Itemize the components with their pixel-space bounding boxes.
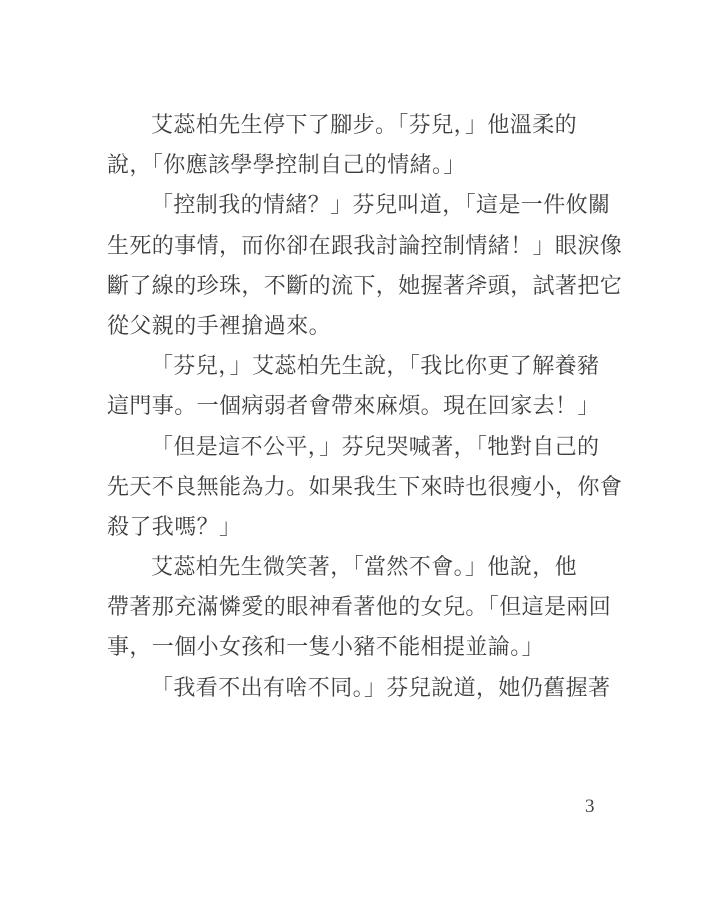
book-page: 艾蕊柏先生停下了腳步。「芬兒，」他溫柔的 說，「你應該學學控制自己的情緒。」 「… [0, 0, 728, 900]
text-line: 「芬兒，」艾蕊柏先生說，「我比你更了解養豬 [107, 347, 607, 387]
text-line: 「但是這不公平，」芬兒哭喊著，「牠對自己的 [107, 428, 607, 468]
text-line: 「控制我的情緒？」芬兒叫道，「這是一件攸關 [107, 186, 607, 226]
text-line: 「我看不出有啥不同。」芬兒說道，她仍舊握著 [107, 669, 607, 709]
page-number: 3 [585, 796, 595, 818]
text-line: 從父親的手裡搶過來。 [107, 307, 607, 347]
text-line: 艾蕊柏先生停下了腳步。「芬兒，」他溫柔的 [107, 106, 607, 146]
text-line: 生死的事情，而你卻在跟我討論控制情緒！」眼淚像 [107, 227, 607, 267]
text-line: 艾蕊柏先生微笑著，「當然不會。」他說，他 [107, 548, 607, 588]
text-line: 殺了我嗎？」 [107, 508, 607, 548]
text-line: 先天不良無能為力。如果我生下來時也很瘦小，你會 [107, 468, 607, 508]
text-line: 事，一個小女孩和一隻小豬不能相提並論。」 [107, 628, 607, 668]
text-line: 帶著那充滿憐愛的眼神看著他的女兒。「但這是兩回 [107, 588, 607, 628]
text-line: 斷了線的珍珠，不斷的流下，她握著斧頭，試著把它 [107, 267, 607, 307]
body-text: 艾蕊柏先生停下了腳步。「芬兒，」他溫柔的 說，「你應該學學控制自己的情緒。」 「… [107, 106, 607, 709]
text-line: 說，「你應該學學控制自己的情緒。」 [107, 146, 607, 186]
text-line: 這門事。一個病弱者會帶來麻煩。現在回家去！」 [107, 387, 607, 427]
